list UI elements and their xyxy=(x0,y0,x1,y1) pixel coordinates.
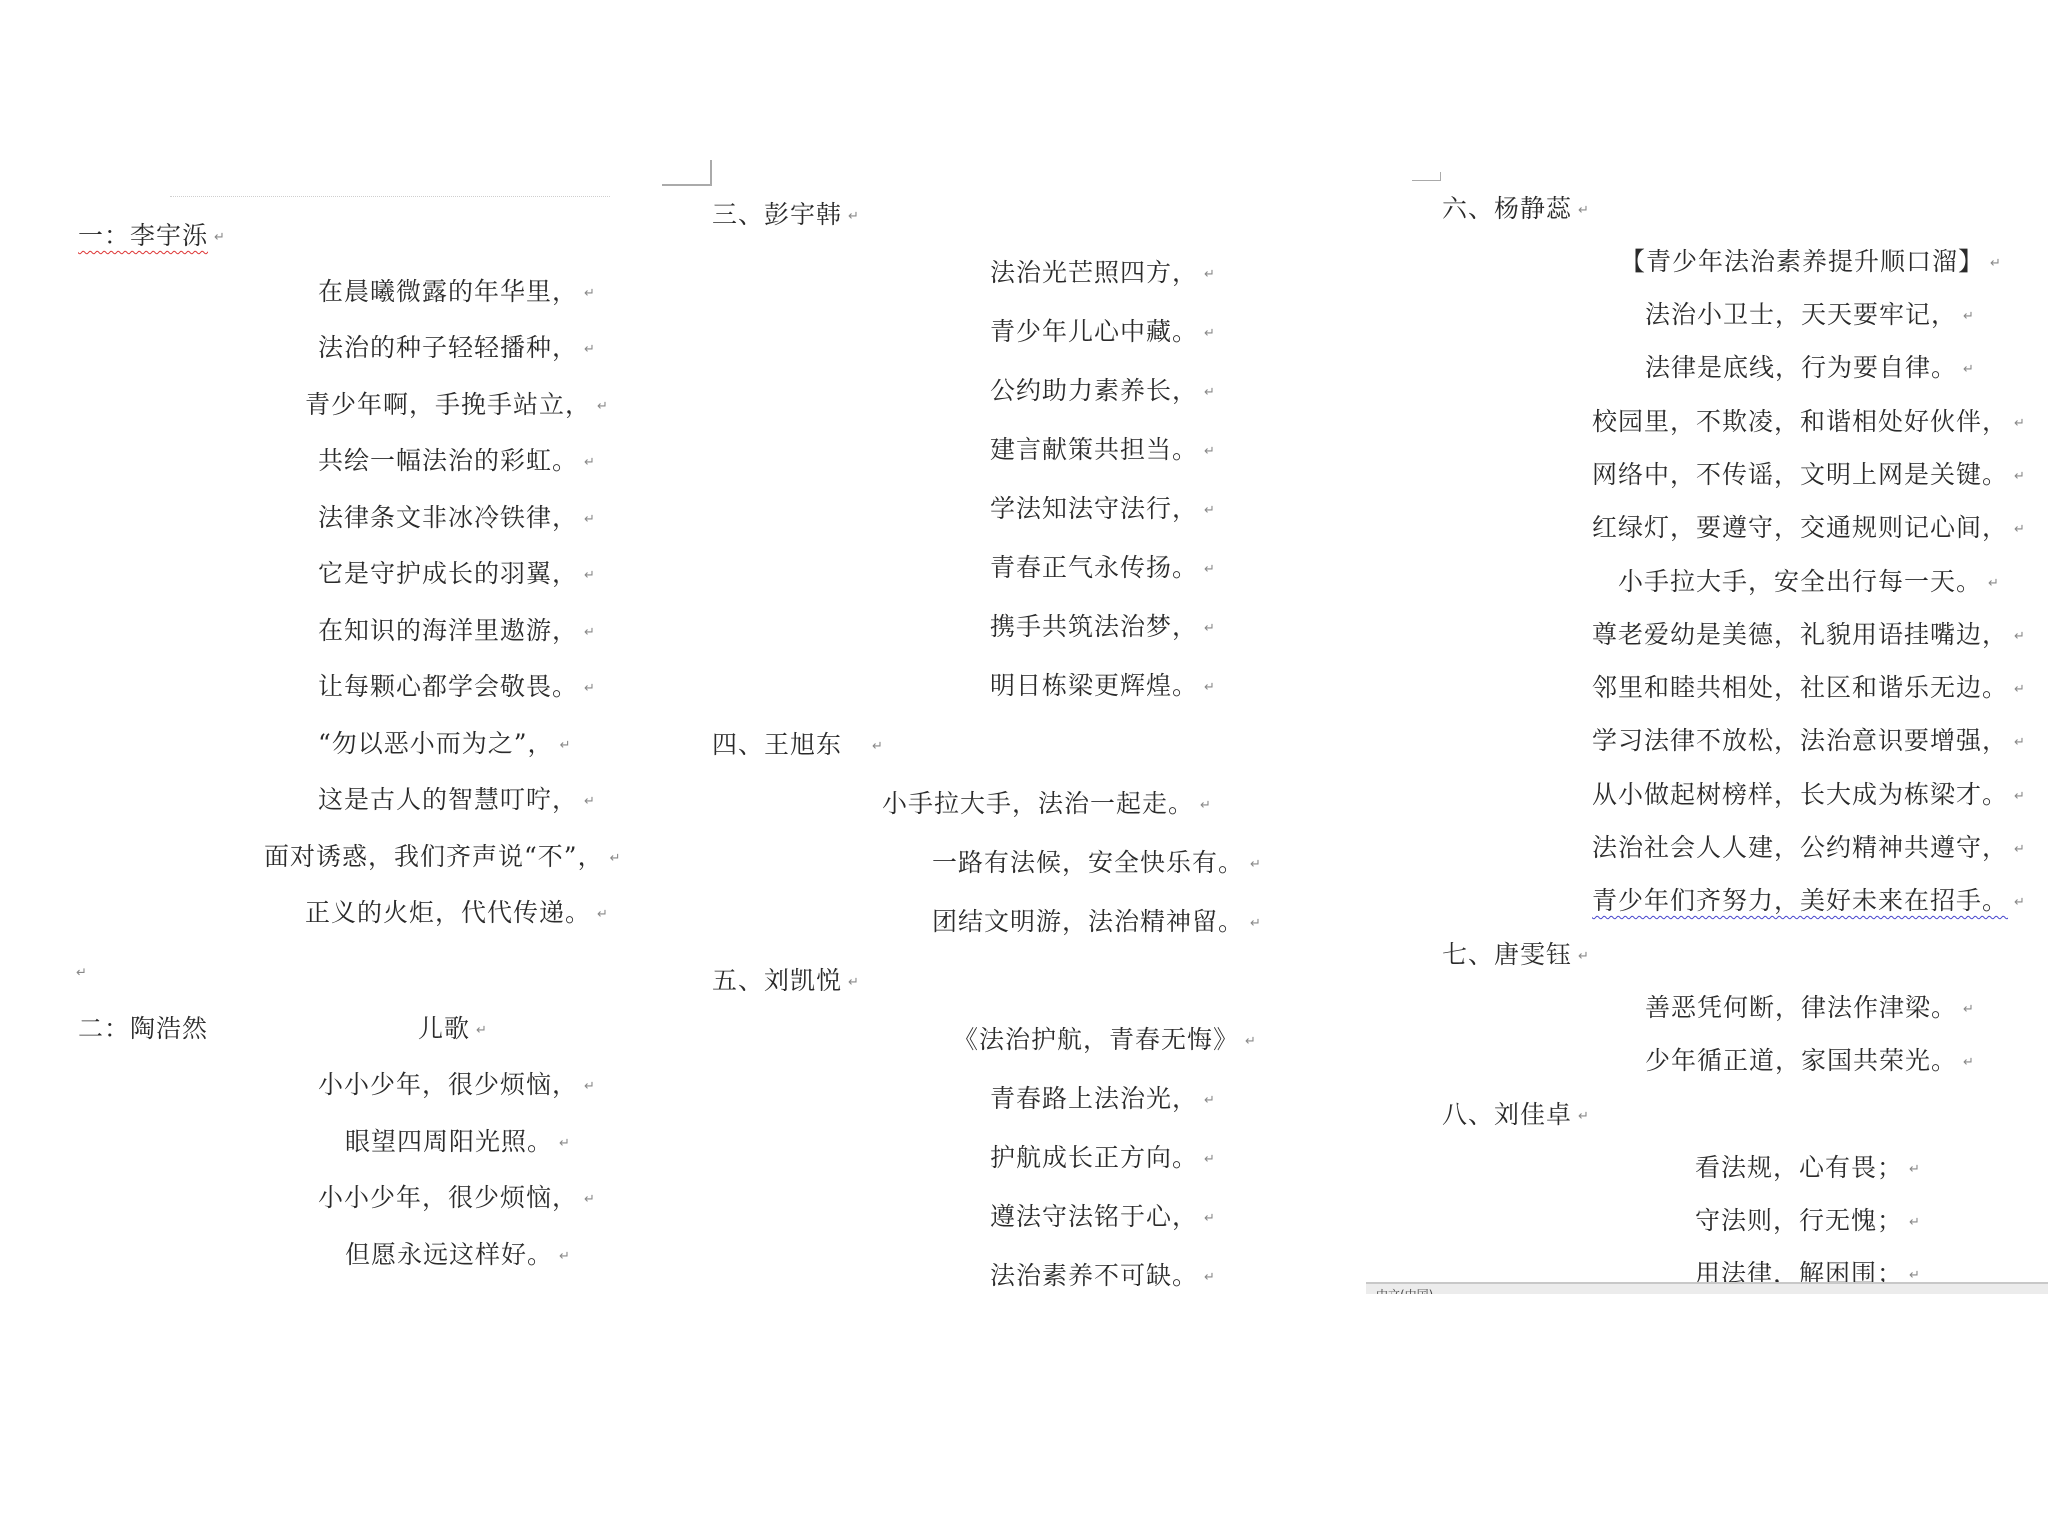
poem-line: 法律是底线，行为要自律。↵ xyxy=(1645,352,1975,386)
poem-line: 法治小卫士，天天要牢记，↵ xyxy=(1645,299,1975,333)
poem-line: 法律条文非冰冷铁律，↵ xyxy=(318,502,596,536)
poem-line: 明日栋梁更辉煌。↵ xyxy=(990,670,1216,704)
poem-line: 守法则，行无愧；↵ xyxy=(1695,1205,1921,1239)
poem-line: 看法规，心有畏；↵ xyxy=(1695,1152,1921,1186)
page-corner-mark xyxy=(1412,172,1441,181)
section-heading: 四、王旭东↵ xyxy=(712,729,884,763)
poem-title: 《法治护航，青春无悔》↵ xyxy=(953,1024,1257,1058)
poem-line: 青少年儿心中藏。↵ xyxy=(990,316,1216,350)
poem-line: 一路有法候，安全快乐有。↵ xyxy=(932,847,1262,881)
poem-line: 青春正气永传扬。↵ xyxy=(990,552,1216,586)
poem-line: “勿以恶小而为之”，↵ xyxy=(318,728,571,762)
section-heading: 一：李宇泺↵ xyxy=(78,220,226,254)
poem-line: 法治素养不可缺。↵ xyxy=(990,1260,1216,1294)
poem-line: 这是古人的智慧叮咛，↵ xyxy=(318,784,596,818)
poem-line: 网络中，不传谣，文明上网是关键。↵ xyxy=(1592,459,2026,493)
poem-line: 红绿灯，要遵守，交通规则记心间，↵ xyxy=(1592,512,2026,546)
poem-title: 【青少年法治素养提升顺口溜】↵ xyxy=(1620,246,2002,280)
poem-line: 携手共筑法治梦，↵ xyxy=(990,611,1216,645)
poem-line: 公约助力素养长，↵ xyxy=(990,375,1216,409)
poem-line: 法治的种子轻轻播种，↵ xyxy=(318,332,596,366)
poem-line: 让每颗心都学会敬畏。↵ xyxy=(318,671,596,705)
section-heading: 五、刘凯悦↵ xyxy=(712,965,860,999)
poem-line: 青春路上法治光，↵ xyxy=(990,1083,1216,1117)
poem-line: 但愿永远这样好。↵ xyxy=(345,1239,571,1273)
poem-title: 儿歌↵ xyxy=(418,1013,488,1047)
section-heading: 六、杨静蕊↵ xyxy=(1442,193,1590,227)
poem-line: 小小少年，很少烦恼，↵ xyxy=(318,1182,596,1216)
poem-line: 在知识的海洋里遨游，↵ xyxy=(318,615,596,649)
empty-paragraph: ↵ xyxy=(76,956,88,990)
section-heading: 二：陶浩然 xyxy=(78,1013,208,1045)
poem-line: 遵法守法铭于心，↵ xyxy=(990,1201,1216,1235)
poem-line: 正义的火炬，代代传递。↵ xyxy=(305,897,609,931)
section-heading: 七、唐雯钰↵ xyxy=(1442,939,1590,973)
poem-line: 青少年啊，手挽手站立，↵ xyxy=(305,389,609,423)
poem-line: 法治社会人人建，公约精神共遵守，↵ xyxy=(1592,832,2026,866)
poem-line: 小手拉大手，安全出行每一天。↵ xyxy=(1618,566,2000,600)
poem-line: 小小少年，很少烦恼，↵ xyxy=(318,1069,596,1103)
poem-line: 团结文明游，法治精神留。↵ xyxy=(932,906,1262,940)
poem-line: 学习法律不放松，法治意识要增强，↵ xyxy=(1592,725,2026,759)
status-bar: 中文(中国) xyxy=(1366,1282,2048,1294)
poem-line: 尊老爱幼是美德，礼貌用语挂嘴边，↵ xyxy=(1592,619,2026,653)
poem-line: 小手拉大手，法治一起走。↵ xyxy=(882,788,1212,822)
section-heading: 八、刘佳卓↵ xyxy=(1442,1099,1590,1133)
poem-line: 邻里和睦共相处，社区和谐乐无边。↵ xyxy=(1592,672,2026,706)
poem-line: 在晨曦微露的年华里，↵ xyxy=(318,276,596,310)
poem-line: 少年循正道，家国共荣光。↵ xyxy=(1645,1045,1975,1079)
poem-line: 眼望四周阳光照。↵ xyxy=(345,1126,571,1160)
poem-line: 它是守护成长的羽翼，↵ xyxy=(318,558,596,592)
poem-line: 面对诱惑，我们齐声说“不”，↵ xyxy=(264,841,621,875)
poem-line: 法治光芒照四方，↵ xyxy=(990,257,1216,291)
poem-line: 建言献策共担当。↵ xyxy=(990,434,1216,468)
poem-line: 学法知法守法行，↵ xyxy=(990,493,1216,527)
poem-line: 善恶凭何断，律法作津梁。↵ xyxy=(1645,992,1975,1026)
poem-line: 校园里，不欺凌，和谐相处好伙伴，↵ xyxy=(1592,406,2026,440)
poem-line: 护航成长正方向。↵ xyxy=(990,1142,1216,1176)
language-indicator[interactable]: 中文(中国) xyxy=(1376,1286,1433,1294)
poem-line: 共绘一幅法治的彩虹。↵ xyxy=(318,445,596,479)
section-heading: 三、彭宇韩↵ xyxy=(712,199,860,233)
header-divider xyxy=(170,196,610,197)
poem-line: 从小做起树榜样，长大成为栋梁才。↵ xyxy=(1592,779,2026,813)
page-corner-mark xyxy=(662,160,712,186)
poem-line: 青少年们齐努力，美好未来在招手。↵ xyxy=(1592,885,2026,919)
